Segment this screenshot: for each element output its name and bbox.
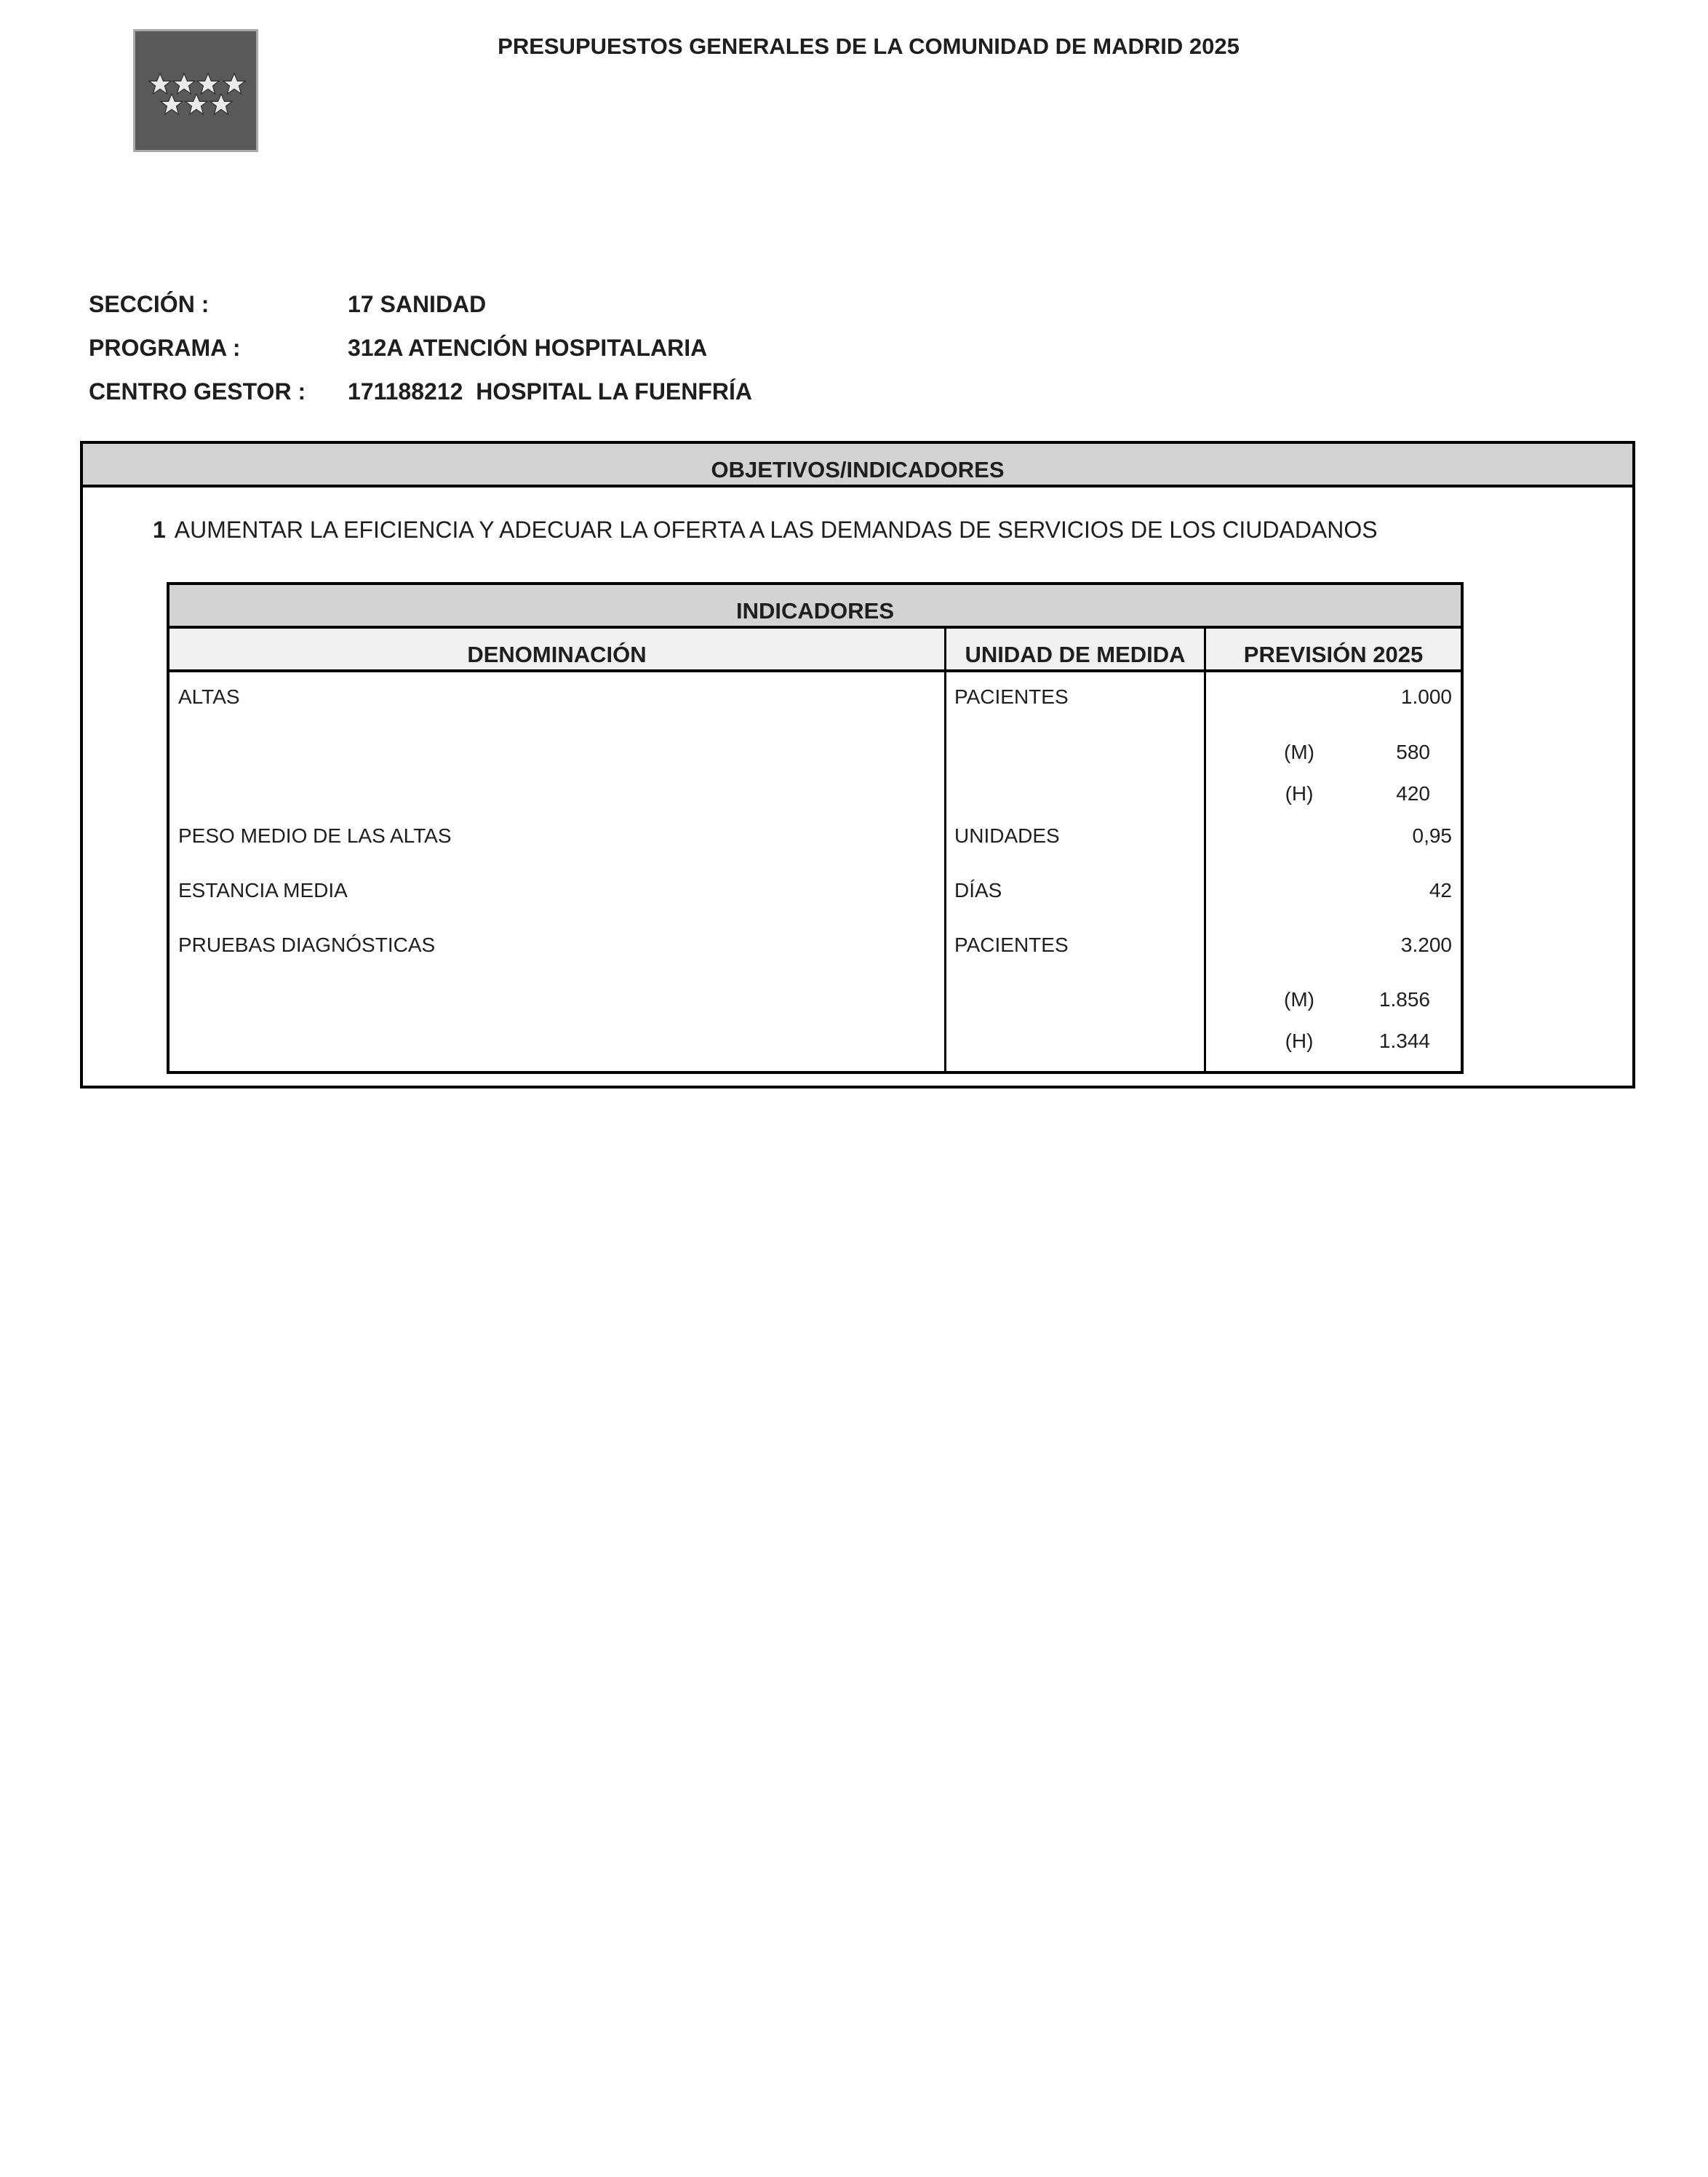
row-altas-men-value: 420	[1396, 782, 1430, 805]
objective-number: 1	[153, 517, 166, 543]
objectives-heading: OBJETIVOS/INDICADORES	[83, 444, 1632, 487]
row-pruebas-value: 3.200	[1401, 934, 1452, 957]
row-pruebas-women-value: 1.856	[1379, 988, 1430, 1011]
row-altas-men-tag: (H)	[1270, 782, 1328, 805]
column-divider	[944, 629, 946, 1071]
row-altas-unit: PACIENTES	[954, 685, 1069, 709]
row-estancia-media-unit: DÍAS	[954, 879, 1002, 902]
row-pruebas-women-tag: (M)	[1270, 988, 1328, 1011]
row-estancia-media-name: ESTANCIA MEDIA	[178, 879, 348, 902]
row-altas-women-value: 580	[1396, 741, 1430, 764]
row-peso-medio-name: PESO MEDIO DE LAS ALTAS	[178, 824, 452, 848]
row-pruebas-men-tag: (H)	[1270, 1030, 1328, 1053]
row-estancia-media-value: 42	[1429, 879, 1452, 902]
cost-center-value: 171188212 HOSPITAL LA FUENFRÍA	[348, 378, 752, 405]
row-peso-medio-unit: UNIDADES	[954, 824, 1060, 848]
program-label: PROGRAMA :	[89, 335, 241, 362]
column-header-unidad: UNIDAD DE MEDIDA	[946, 629, 1204, 669]
column-header-row: DENOMINACIÓN UNIDAD DE MEDIDA PREVISIÓN …	[169, 629, 1461, 672]
row-pruebas-men-value: 1.344	[1379, 1030, 1430, 1053]
program-value: 312A ATENCIÓN HOSPITALARIA	[348, 335, 707, 362]
row-pruebas-name: PRUEBAS DIAGNÓSTICAS	[178, 934, 435, 957]
row-altas-name: ALTAS	[178, 685, 240, 709]
column-header-prevision: PREVISIÓN 2025	[1206, 629, 1461, 669]
column-header-denominacion: DENOMINACIÓN	[169, 629, 944, 669]
objective-line: 1AUMENTAR LA EFICIENCIA Y ADECUAR LA OFE…	[153, 517, 1378, 544]
row-pruebas-unit: PACIENTES	[954, 934, 1069, 957]
objective-text: AUMENTAR LA EFICIENCIA Y ADECUAR LA OFER…	[175, 517, 1378, 543]
indicators-table: INDICADORES DENOMINACIÓN UNIDAD DE MEDID…	[167, 582, 1464, 1074]
row-altas-value: 1.000	[1401, 685, 1452, 709]
cost-center-label: CENTRO GESTOR :	[89, 378, 306, 405]
row-altas-women-tag: (M)	[1270, 741, 1328, 764]
column-divider	[1204, 629, 1206, 1071]
section-label: SECCIÓN :	[89, 291, 209, 318]
document-title: PRESUPUESTOS GENERALES DE LA COMUNIDAD D…	[0, 33, 1708, 60]
row-peso-medio-value: 0,95	[1413, 824, 1453, 848]
section-value: 17 SANIDAD	[348, 291, 486, 318]
indicators-title: INDICADORES	[169, 585, 1461, 629]
